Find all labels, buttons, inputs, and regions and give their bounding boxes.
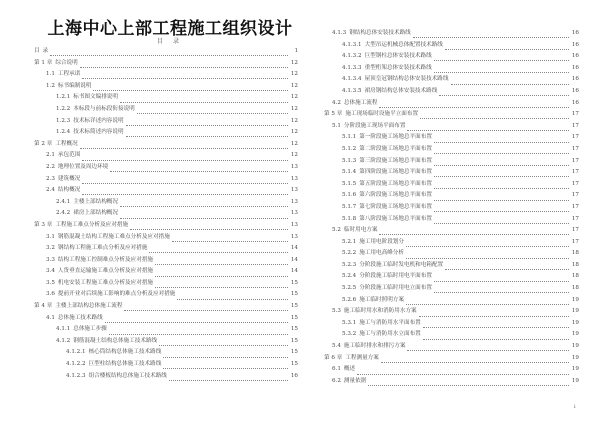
toc-entry-page: 18 — [571, 283, 579, 295]
toc-entry-number: 3.5 — [46, 278, 55, 290]
toc-entry-page: 15 — [290, 347, 298, 359]
dot-leader — [82, 72, 288, 79]
toc-entry-page: 15 — [290, 336, 298, 348]
toc-entry[interactable]: 5.1.3第三阶段施工场地总平面布置17 — [324, 156, 579, 168]
dot-leader — [110, 165, 288, 172]
toc-entry[interactable]: 4.1.3.4屋顶皇冠钢结构总体安装技术路线16 — [324, 74, 579, 86]
toc-entry-title: 主楼上部结构概况 — [73, 197, 118, 209]
toc-entry-number: 5.1.5 — [342, 179, 356, 191]
toc-entry-title: 重型桁架总体安装技术路线 — [365, 63, 432, 75]
dot-leader — [149, 246, 288, 253]
dot-leader — [130, 223, 288, 230]
toc-entry-page: 15 — [290, 289, 298, 301]
toc-entry-number: 目 — [34, 46, 40, 58]
toc-entry-page: 15 — [290, 301, 298, 313]
toc-entry-number: 5.3 — [332, 306, 341, 318]
toc-entry-number: 4.1 — [46, 313, 55, 325]
toc-entry[interactable]: 第 3 章工程施工难点分析及应对措施13 — [34, 220, 298, 232]
dot-leader — [80, 142, 288, 149]
toc-entry-title: 大型吊运机械总体配置技术路线 — [365, 40, 443, 52]
toc-entry-number: 5.2 — [332, 225, 341, 237]
toc-entry-number: 3.6 — [46, 289, 55, 301]
dot-leader — [126, 119, 288, 126]
toc-entry[interactable]: 2.3建筑概况13 — [34, 174, 298, 186]
toc-entry-title: 裙房钢结构总体安装技术路线 — [365, 86, 438, 98]
toc-entry-number: 5.2.3 — [342, 260, 356, 272]
toc-entry[interactable]: 3.4人货垂直运输施工难点分析及应对措施14 — [34, 266, 298, 278]
dot-leader — [434, 205, 569, 212]
toc-entry-title: 人货垂直运输施工难点分析及应对措施 — [58, 266, 153, 278]
dot-leader — [82, 177, 288, 184]
toc-entry-page: 19 — [571, 295, 579, 307]
toc-entry[interactable]: 1.2.3技术标详述内容说明12 — [34, 116, 298, 128]
toc-entry-title: 第六阶段施工场地总平面布置 — [359, 190, 432, 202]
toc-entry-page: 16 — [571, 40, 579, 52]
dot-leader — [434, 136, 569, 143]
toc-entry-page: 18 — [571, 248, 579, 260]
toc-entry[interactable]: 5.2临时用电方案17 — [324, 225, 579, 237]
toc-entry-number: 4.1.2.1 — [66, 347, 86, 359]
dot-leader — [434, 286, 569, 293]
toc-entry[interactable]: 4.1.3钢结构总体安装技术路线16 — [324, 28, 579, 40]
toc-entry-number: 3.2 — [46, 243, 55, 255]
toc-entry-number: 1.2.3 — [56, 116, 70, 128]
toc-entry-title: 总体施工流程 — [344, 98, 378, 110]
toc-entry-page: 12 — [290, 116, 298, 128]
toc-entry-number: 1.2 — [46, 81, 55, 93]
toc-entry-page: 12 — [290, 92, 298, 104]
toc-entry[interactable]: 5.1.2第二阶段施工场地总平面布置17 — [324, 144, 579, 156]
toc-entry-title: 分阶段施工临时用电立面布置 — [359, 283, 432, 295]
toc-entry-title: 本标段与前标段衔接说明 — [73, 104, 135, 116]
toc-entry-number: 第 5 章 — [324, 109, 342, 121]
toc-entry[interactable]: 4.2总体施工流程16 — [324, 98, 579, 110]
dot-leader — [434, 275, 569, 282]
toc-entry-title: 分阶段施工现场平面布置 — [344, 121, 406, 133]
toc-entry-title: 标书编制说明 — [58, 81, 92, 93]
toc-entry-page: 17 — [571, 237, 579, 249]
toc-entry-title: 录 — [43, 46, 49, 58]
dot-leader — [177, 293, 288, 300]
toc-entry-number: 5.2.5 — [342, 283, 356, 295]
dot-leader — [419, 310, 569, 317]
dot-leader — [50, 49, 288, 56]
toc-entry-page: 12 — [290, 139, 298, 151]
toc-entry-number: 3.3 — [46, 255, 55, 267]
dot-leader — [80, 61, 288, 68]
toc-entry-number: 3.1 — [46, 232, 55, 244]
toc-entry-title: 核心筒结构总体施工技术路线 — [89, 347, 162, 359]
toc-entry[interactable]: 5.2.6施工临时照明方案19 — [324, 295, 579, 307]
toc-entry-number: 4.1.2 — [56, 336, 70, 348]
dot-leader — [163, 362, 288, 369]
dot-leader — [120, 212, 288, 219]
toc-entry-number: 1.2.1 — [56, 92, 70, 104]
toc-entry[interactable]: 5.2.2施工用电高峰分析18 — [324, 248, 579, 260]
toc-entry-title: 裙房上部结构概况 — [73, 208, 118, 220]
toc-entry-number: 第 1 章 — [34, 58, 52, 70]
toc-entry-page: 15 — [290, 324, 298, 336]
toc-entry-number: 5.2.4 — [342, 271, 356, 283]
toc-entry-title: 钢筋混凝土结构总体施工技术路线 — [73, 336, 157, 348]
toc-entry-title: 第一阶段施工场地总平面布置 — [359, 132, 432, 144]
toc-entry-number: 4.1.3.2 — [342, 51, 362, 63]
dot-leader — [105, 316, 288, 323]
dot-leader — [381, 356, 569, 363]
toc-entry[interactable]: 4.1.3.3重型桁架总体安装技术路线16 — [324, 63, 579, 75]
toc-entry-title: 承包范围 — [58, 150, 80, 162]
toc-entry-number: 2.1 — [46, 150, 55, 162]
toc-entry-page: 17 — [571, 121, 579, 133]
dot-leader — [172, 235, 288, 242]
toc-entry-page: 15 — [290, 313, 298, 325]
toc-entry-number: 4.1.3.1 — [342, 40, 362, 52]
toc-entry[interactable]: 4.1.3.2巨型钢柱总体安装技术路线16 — [324, 51, 579, 63]
toc-entry-title: 钢结构工程施工难点分析及应对措施 — [58, 243, 148, 255]
dot-leader — [423, 333, 569, 340]
toc-entry-title: 施工临时用水和消防用水方案 — [344, 306, 417, 318]
toc-entry-number: 5.1 — [332, 121, 341, 133]
toc-entry[interactable]: 第 2 章工程概况12 — [34, 139, 298, 151]
toc-entry-title: 施工与消防用水立面布置 — [359, 329, 421, 341]
toc-left-column: 目录1第 1 章综合说明121.1工程承诺121.2标书编制说明121.2.1标… — [34, 46, 298, 382]
toc-entry-page: 19 — [571, 364, 579, 376]
toc-entry-page: 19 — [571, 329, 579, 341]
toc-entry-number: 5.2.1 — [342, 237, 356, 249]
toc-entry[interactable]: 4.1.2钢筋混凝土结构总体施工技术路线15 — [34, 336, 298, 348]
toc-entry[interactable]: 6.1概述19 — [324, 364, 579, 376]
toc-entry[interactable]: 第 6 章工程测量方案19 — [324, 353, 579, 365]
page-number: i — [574, 404, 576, 410]
toc-entry-number: 5.1.2 — [342, 144, 356, 156]
toc-entry-title: 钢结构总体安装技术路线 — [349, 28, 411, 40]
toc-entry-title: 地理位置及周边环境 — [58, 162, 108, 174]
toc-entry-page: 17 — [571, 109, 579, 121]
dot-leader — [420, 112, 569, 119]
toc-entry-number: 5.3.1 — [342, 318, 356, 330]
toc-entry-page: 12 — [290, 69, 298, 81]
toc-entry[interactable]: 5.3.2施工与消防用水立面布置19 — [324, 329, 579, 341]
toc-entry-number: 6.1 — [332, 364, 341, 376]
dot-leader — [407, 344, 569, 351]
toc-entry-page: 17 — [571, 190, 579, 202]
toc-entry-number: 1.2.2 — [56, 104, 70, 116]
toc-entry-number: 4.2 — [332, 98, 341, 110]
toc-entry[interactable]: 目录1 — [34, 46, 298, 58]
toc-entry[interactable]: 第 5 章施工现场临时设施平立面布置17 — [324, 109, 579, 121]
toc-entry-number: 第 6 章 — [324, 353, 342, 365]
toc-entry-title: 第五阶段施工场地总平面布置 — [359, 179, 432, 191]
toc-entry-title: 施工用电阶段划分 — [359, 237, 404, 249]
dot-leader — [423, 321, 569, 328]
toc-entry-number: 5.1.3 — [342, 156, 356, 168]
toc-entry-number: 2.4 — [46, 185, 55, 197]
dot-leader — [82, 154, 288, 161]
toc-entry-title: 施工临时排水和排污方案 — [344, 341, 406, 353]
toc-entry[interactable]: 1.2.1标书图文编排说明12 — [34, 92, 298, 104]
toc-entry-number: 5.2.6 — [342, 295, 356, 307]
toc-entry-page: 15 — [290, 278, 298, 290]
toc-entry-number: 4.1.1 — [56, 324, 70, 336]
toc-entry-page: 17 — [571, 144, 579, 156]
toc-entry-number: 4.1.3.3 — [342, 63, 362, 75]
toc-entry[interactable]: 4.1.2.1核心筒结构总体施工技术路线15 — [34, 347, 298, 359]
dot-leader — [163, 351, 288, 358]
toc-entry-title: 总体施工技术路线 — [58, 313, 103, 325]
toc-entry[interactable]: 2.4.1主楼上部结构概况13 — [34, 197, 298, 209]
toc-entry-page: 13 — [290, 174, 298, 186]
toc-entry-title: 分阶段施工临时用电平面布置 — [359, 271, 432, 283]
toc-entry-page: 17 — [571, 167, 579, 179]
toc-entry-number: 4.1.2.3 — [66, 371, 86, 383]
toc-entry-page: 17 — [571, 214, 579, 226]
toc-entry[interactable]: 4.1.3.5裙房钢结构总体安装技术路线16 — [324, 86, 579, 98]
dot-leader — [451, 78, 570, 85]
toc-entry-title: 综合说明 — [55, 58, 77, 70]
toc-entry-title: 总体施工步骤 — [73, 324, 107, 336]
toc-entry[interactable]: 4.1.1总体施工步骤15 — [34, 324, 298, 336]
toc-entry-title: 第四阶段施工场地总平面布置 — [359, 167, 432, 179]
toc-entry-title: 工程概况 — [55, 139, 77, 151]
toc-entry-page: 17 — [571, 179, 579, 191]
dot-leader — [120, 200, 288, 207]
toc-entry[interactable]: 5.3.1施工与消防用水平面布置19 — [324, 318, 579, 330]
toc-entry-page: 12 — [290, 81, 298, 93]
toc-entry[interactable]: 4.1总体施工技术路线15 — [34, 313, 298, 325]
dot-leader — [434, 159, 569, 166]
toc-entry-number: 5.4 — [332, 341, 341, 353]
dot-leader — [357, 368, 569, 375]
toc-entry[interactable]: 3.6提前开业对后续施工影响的难点分析及应对措施15 — [34, 289, 298, 301]
toc-entry-title: 第三阶段施工场地总平面布置 — [359, 156, 432, 168]
toc-entry-page: 19 — [571, 353, 579, 365]
toc-entry-title: 施工用电高峰分析 — [359, 248, 404, 260]
toc-entry-page: 19 — [571, 306, 579, 318]
toc-entry[interactable]: 5.4施工临时排水和排污方案19 — [324, 341, 579, 353]
toc-right-column: 4.1.3钢结构总体安装技术路线164.1.3.1大型吊运机械总体配置技术路线1… — [324, 28, 579, 387]
dot-leader — [169, 374, 288, 381]
dot-leader — [439, 89, 569, 96]
dot-leader — [406, 240, 569, 247]
toc-entry[interactable]: 5.1.7第七阶段施工场地总平面布置17 — [324, 202, 579, 214]
dot-leader — [406, 252, 569, 259]
toc-entry-number: 5.3.2 — [342, 329, 356, 341]
toc-entry-title: 测量依据 — [344, 376, 366, 388]
toc-entry-page: 13 — [290, 232, 298, 244]
toc-entry-page: 14 — [290, 243, 298, 255]
toc-entry-number: 第 2 章 — [34, 139, 52, 151]
toc-entry-number: 5.1.7 — [342, 202, 356, 214]
toc-entry-title: 机电安装工程施工难点分析及应对措施 — [58, 278, 153, 290]
toc-entry-number: 2.4.2 — [56, 208, 70, 220]
toc-entry-page: 15 — [290, 359, 298, 371]
toc-entry[interactable]: 5.1.8第八阶段施工场地总平面布置17 — [324, 214, 579, 226]
toc-entry[interactable]: 2.1承包范围12 — [34, 150, 298, 162]
dot-leader — [379, 228, 569, 235]
toc-entry-page: 17 — [571, 132, 579, 144]
toc-entry[interactable]: 4.1.2.3组合楼板结构总体施工技术路线16 — [34, 371, 298, 383]
toc-entry-page: 13 — [290, 220, 298, 232]
dot-leader — [124, 304, 288, 311]
toc-entry-page: 18 — [571, 260, 579, 272]
toc-entry[interactable]: 4.1.2.2巨型柱结构总体施工技术路线15 — [34, 359, 298, 371]
dot-leader — [109, 328, 288, 335]
dot-leader — [434, 194, 569, 201]
dot-leader — [159, 339, 288, 346]
toc-entry[interactable]: 3.2钢结构工程施工难点分析及应对措施14 — [34, 243, 298, 255]
toc-entry-title: 概述 — [344, 364, 355, 376]
toc-entry-page: 14 — [290, 266, 298, 278]
toc-entry-page: 16 — [290, 371, 298, 383]
toc-entry[interactable]: 5.2.1施工用电阶段划分17 — [324, 237, 579, 249]
toc-entry-number: 6.2 — [332, 376, 341, 388]
toc-entry-title: 巨型柱结构总体施工技术路线 — [89, 359, 162, 371]
dot-leader — [434, 217, 569, 224]
dot-leader — [434, 170, 569, 177]
toc-entry-title: 主楼上部结构总体施工流程 — [55, 301, 122, 313]
toc-entry-number: 2.4.1 — [56, 197, 70, 209]
toc-entry-title: 屋顶皇冠钢结构总体安装技术路线 — [365, 74, 449, 86]
dot-leader — [155, 281, 288, 288]
toc-entry[interactable]: 1.1工程承诺12 — [34, 69, 298, 81]
toc-entry[interactable]: 6.2测量依据19 — [324, 376, 579, 388]
toc-entry-title: 提前开业对后续施工影响的难点分析及应对措施 — [58, 289, 175, 301]
dot-leader — [155, 270, 288, 277]
toc-entry[interactable]: 5.1.4第四阶段施工场地总平面布置17 — [324, 167, 579, 179]
dot-leader — [368, 379, 569, 386]
dot-leader — [434, 54, 569, 61]
toc-entry[interactable]: 5.3施工临时用水和消防用水方案19 — [324, 306, 579, 318]
dot-leader — [434, 66, 569, 73]
toc-entry-number: 5.1.8 — [342, 214, 356, 226]
dot-leader — [155, 258, 288, 265]
toc-entry-page: 13 — [290, 185, 298, 197]
toc-entry-title: 技术标详述内容说明 — [73, 116, 123, 128]
toc-entry-title: 第二阶段施工场地总平面布置 — [359, 144, 432, 156]
toc-entry-title: 工程测量方案 — [345, 353, 379, 365]
toc-entry-number: 第 4 章 — [34, 301, 52, 313]
dot-leader — [82, 188, 288, 195]
toc-entry-page: 19 — [571, 341, 579, 353]
dot-leader — [445, 263, 569, 270]
toc-entry[interactable]: 5.2.5分阶段施工临时用电立面布置18 — [324, 283, 579, 295]
toc-entry-page: 17 — [571, 156, 579, 168]
toc-entry-page: 13 — [290, 197, 298, 209]
toc-entry[interactable]: 1.2标书编制说明12 — [34, 81, 298, 93]
toc-entry-page: 13 — [290, 162, 298, 174]
toc-entry-title: 临时用电方案 — [344, 225, 378, 237]
toc-entry-number: 4.1.2.2 — [66, 359, 86, 371]
toc-entry-title: 第七阶段施工场地总平面布置 — [359, 202, 432, 214]
toc-entry-title: 标书图文编排说明 — [73, 92, 118, 104]
toc-entry-title: 组合楼板结构总体施工技术路线 — [89, 371, 167, 383]
toc-entry-number: 1.1 — [46, 69, 55, 81]
dot-leader — [379, 101, 569, 108]
toc-entry[interactable]: 3.5机电安装工程施工难点分析及应对措施15 — [34, 278, 298, 290]
toc-entry-page: 19 — [571, 318, 579, 330]
toc-entry[interactable]: 5.1.6第六阶段施工场地总平面布置17 — [324, 190, 579, 202]
toc-entry-page: 13 — [290, 208, 298, 220]
dot-leader — [406, 298, 569, 305]
toc-entry-number: 3.4 — [46, 266, 55, 278]
toc-entry-number: 第 3 章 — [34, 220, 52, 232]
toc-entry-title: 施工与消防用水平面布置 — [359, 318, 421, 330]
toc-entry-page: 12 — [290, 150, 298, 162]
toc-entry-title: 施工现场临时设施平立面布置 — [345, 109, 418, 121]
toc-entry[interactable]: 5.1.5第五阶段施工场地总平面布置17 — [324, 179, 579, 191]
dot-leader — [126, 130, 288, 137]
toc-entry-number: 1.2.4 — [56, 127, 70, 139]
toc-entry[interactable]: 1.2.4技术标简述内容说明12 — [34, 127, 298, 139]
toc-entry[interactable]: 5.2.3分阶段施工临时发电机和电箱配置18 — [324, 260, 579, 272]
toc-entry-title: 结构工程施工控制难点分析及应对措施 — [58, 255, 153, 267]
toc-entry-number: 5.1.1 — [342, 132, 356, 144]
toc-heading: 目 录 — [0, 36, 300, 45]
toc-entry-page: 12 — [290, 127, 298, 139]
toc-entry[interactable]: 3.3结构工程施工控制难点分析及应对措施14 — [34, 255, 298, 267]
toc-entry[interactable]: 5.1.1第一阶段施工场地总平面布置17 — [324, 132, 579, 144]
toc-entry-page: 17 — [571, 225, 579, 237]
toc-entry[interactable]: 2.4结构概况13 — [34, 185, 298, 197]
dot-leader — [120, 96, 288, 103]
toc-entry-title: 第八阶段施工场地总平面布置 — [359, 214, 432, 226]
dot-leader — [445, 43, 569, 50]
toc-entry-page: 16 — [571, 51, 579, 63]
toc-entry-page: 17 — [571, 202, 579, 214]
dot-leader — [93, 84, 288, 91]
toc-entry-page: 12 — [290, 104, 298, 116]
toc-entry[interactable]: 第 4 章主楼上部结构总体施工流程15 — [34, 301, 298, 313]
toc-entry-number: 4.1.3.5 — [342, 86, 362, 98]
toc-entry-title: 巨型钢柱总体安装技术路线 — [365, 51, 432, 63]
toc-entry-title: 工程承诺 — [58, 69, 80, 81]
toc-entry-page: 16 — [571, 28, 579, 40]
toc-entry[interactable]: 2.2地理位置及周边环境13 — [34, 162, 298, 174]
toc-entry-title: 结构概况 — [58, 185, 80, 197]
toc-entry-title: 钢筋混凝土结构工程施工难点分析及应对措施 — [58, 232, 170, 244]
toc-entry[interactable]: 5.2.4分阶段施工临时用电平面布置18 — [324, 271, 579, 283]
toc-entry-page: 1 — [290, 46, 298, 58]
toc-entry-title: 技术标简述内容说明 — [73, 127, 123, 139]
toc-entry-number: 4.1.3 — [332, 28, 346, 40]
dot-leader — [413, 31, 569, 38]
dot-leader — [434, 182, 569, 189]
toc-entry-title: 工程施工难点分析及应对措施 — [55, 220, 128, 232]
toc-entry-number: 5.2.2 — [342, 248, 356, 260]
toc-entry-number: 5.1.6 — [342, 190, 356, 202]
toc-entry[interactable]: 3.1钢筋混凝土结构工程施工难点分析及应对措施13 — [34, 232, 298, 244]
toc-entry[interactable]: 4.1.3.1大型吊运机械总体配置技术路线16 — [324, 40, 579, 52]
toc-entry-page: 16 — [571, 98, 579, 110]
toc-entry-title: 分阶段施工临时发电机和电箱配置 — [359, 260, 443, 272]
toc-entry[interactable]: 第 1 章综合说明12 — [34, 58, 298, 70]
toc-entry-page: 16 — [571, 63, 579, 75]
dot-leader — [434, 147, 569, 154]
toc-entry-number: 4.1.3.4 — [342, 74, 362, 86]
toc-entry-title: 施工临时照明方案 — [359, 295, 404, 307]
toc-entry-page: 16 — [571, 86, 579, 98]
toc-entry-page: 16 — [571, 74, 579, 86]
toc-entry[interactable]: 2.4.2裙房上部结构概况13 — [34, 208, 298, 220]
toc-entry-page: 12 — [290, 58, 298, 70]
toc-entry-page: 14 — [290, 255, 298, 267]
toc-entry[interactable]: 1.2.2本标段与前标段衔接说明12 — [34, 104, 298, 116]
toc-entry-page: 18 — [571, 271, 579, 283]
toc-entry[interactable]: 5.1分阶段施工现场平面布置17 — [324, 121, 579, 133]
dot-leader — [137, 107, 288, 114]
dot-leader — [407, 124, 569, 131]
toc-entry-page: 19 — [571, 376, 579, 388]
